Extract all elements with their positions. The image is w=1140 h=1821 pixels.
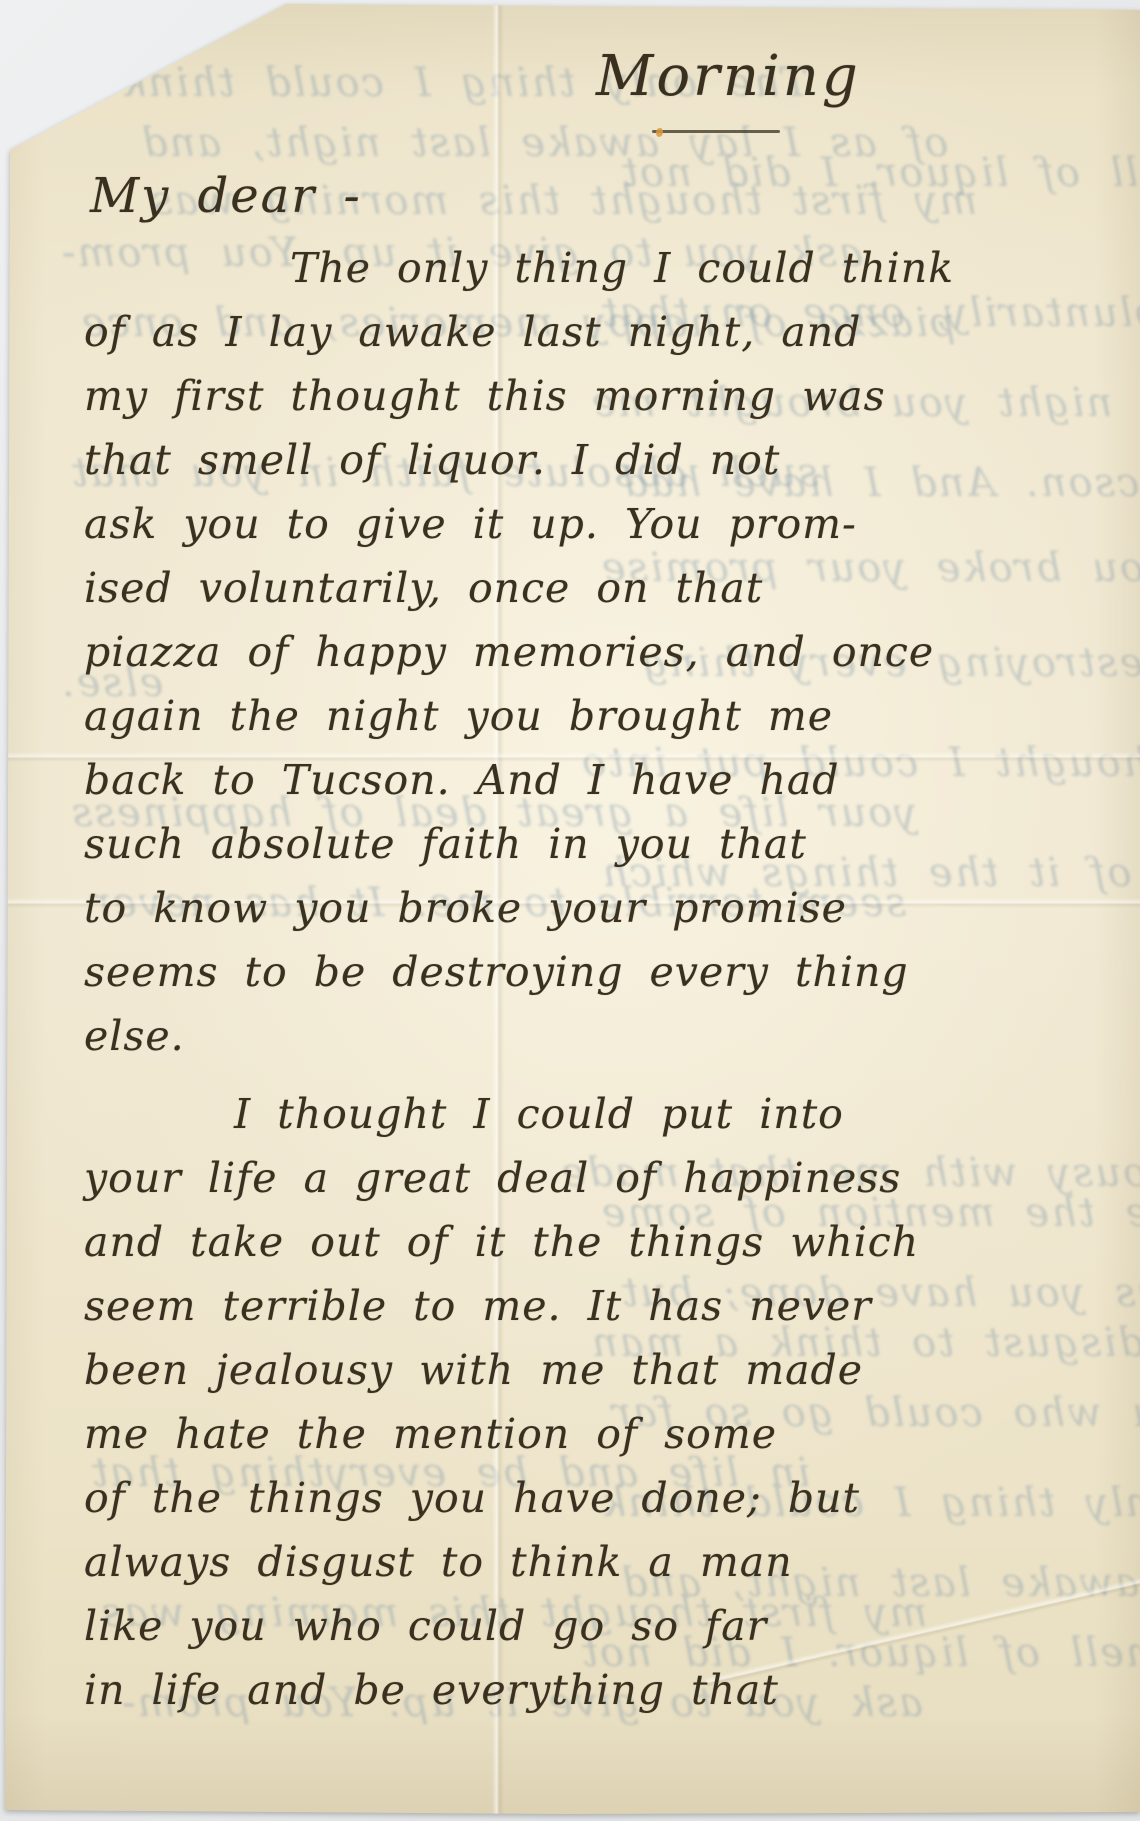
letter-line: my first thought this morning was	[84, 364, 1104, 428]
bleed-through-text: that smell of liquor. I did not	[620, 150, 1140, 196]
paper-shadow-wrap: The only thing I could thinkof as I lay …	[0, 0, 1140, 1821]
letter-paragraph: The only thing I could thinkof as I lay …	[84, 236, 1104, 1068]
letter-paragraph: I thought I could put intoyour life a gr…	[84, 1082, 1104, 1722]
letter-line: I thought I could put into	[84, 1082, 1104, 1146]
heading-underline	[652, 130, 780, 133]
letter-line: your life a great deal of happiness	[84, 1146, 1104, 1210]
letter-page: The only thing I could thinkof as I lay …	[0, 0, 1140, 1821]
letter-line: seem terrible to me. It has never	[84, 1274, 1104, 1338]
letter-line: me hate the mention of some	[84, 1402, 1104, 1466]
letter-line: such absolute faith in you that	[84, 812, 1104, 876]
letter-line: piazza of happy memories, and once	[84, 620, 1104, 684]
letter-line: to know you broke your promise	[84, 876, 1104, 940]
letter-line: and take out of it the things which	[84, 1210, 1104, 1274]
letter-body: The only thing I could thinkof as I lay …	[84, 236, 1104, 1722]
scanned-letter-scene: The only thing I could thinkof as I lay …	[0, 0, 1140, 1821]
letter-line: of as I lay awake last night, and	[84, 300, 1104, 364]
paper-fleck	[656, 128, 663, 137]
letter-line: in life and be everything that	[84, 1658, 1104, 1722]
letter-line: seems to be destroying every thing	[84, 940, 1104, 1004]
letter-line: The only thing I could think	[84, 236, 1104, 300]
bleed-through-text: of as I lay awake last night, and	[140, 120, 948, 166]
letter-line: been jealousy with me that made	[84, 1338, 1104, 1402]
letter-line: else.	[84, 1004, 1104, 1068]
letter-line: ised voluntarily, once on that	[84, 556, 1104, 620]
letter-heading: Morning	[596, 44, 861, 109]
letter-line: of the things you have done; but	[84, 1466, 1104, 1530]
letter-line: like you who could go so far	[84, 1594, 1104, 1658]
letter-line: ask you to give it up. You prom-	[84, 492, 1104, 556]
letter-line: back to Tucson. And I have had	[84, 748, 1104, 812]
letter-line: always disgust to think a man	[84, 1530, 1104, 1594]
letter-line: that smell of liquor. I did not	[84, 428, 1104, 492]
letter-salutation: My dear -	[90, 168, 362, 224]
letter-line: again the night you brought me	[84, 684, 1104, 748]
